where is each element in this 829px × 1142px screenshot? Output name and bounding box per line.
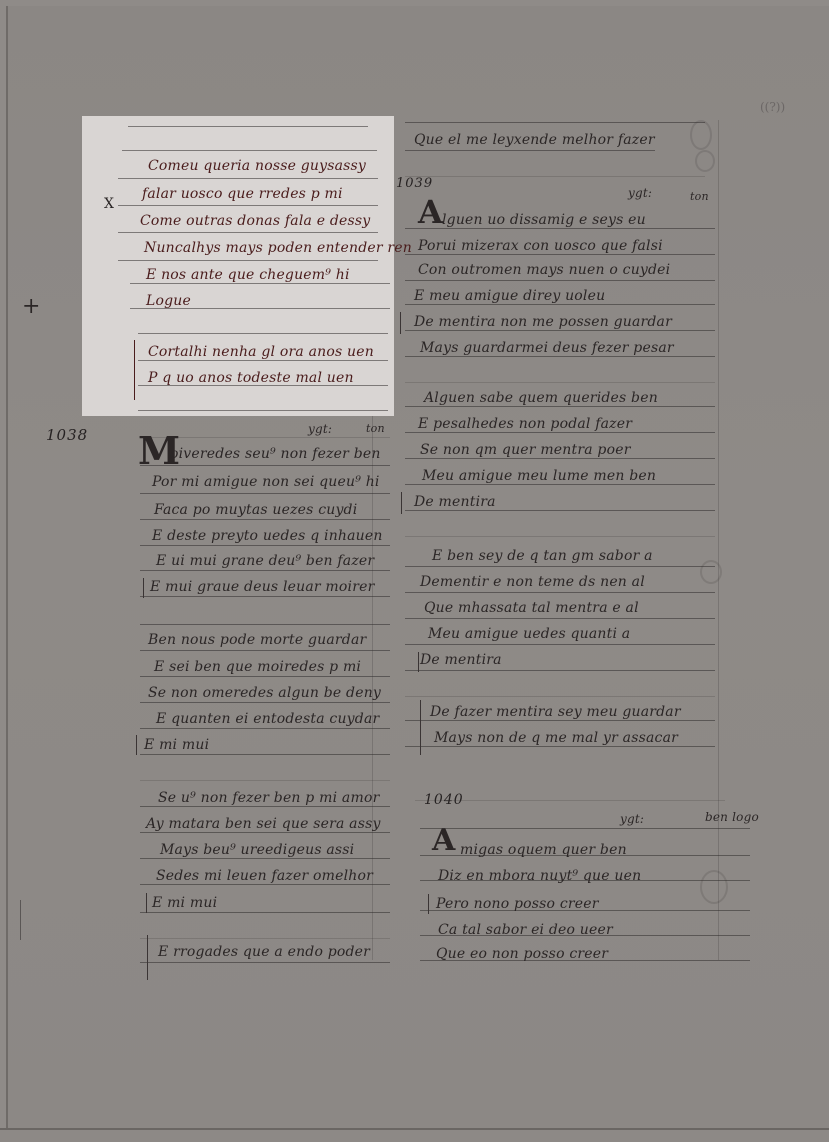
verse-line: E mi mui: [152, 895, 217, 911]
verse-line: Comeu queria nosse guysassy: [148, 158, 366, 174]
refrain-bracket: [147, 935, 148, 980]
verse-line: Ay matara ben sei que sera assy: [146, 816, 381, 832]
ruling-line: [140, 570, 390, 571]
verse-line: Faca po muytas uezes cuydi: [154, 502, 357, 518]
ruling-line: [140, 754, 390, 755]
poem-number-1039: 1039: [396, 176, 433, 191]
margin-stroke: [20, 900, 21, 940]
ruling-line: [405, 696, 715, 697]
verse-line: Que el me leyxende melhor fazer: [414, 132, 655, 148]
show-through-mark: [700, 870, 728, 904]
ruling-line: [140, 676, 390, 677]
show-through-mark: [695, 150, 715, 172]
ruling-line: [405, 510, 715, 511]
ruling-line: [405, 592, 715, 593]
ruling-line: [140, 912, 390, 913]
verse-line: E ben sey de q tan gm sabor a: [432, 548, 653, 564]
verse-line: P q uo anos todeste mal uen: [148, 370, 354, 386]
ruling-line: [405, 670, 715, 671]
verse-line: E sei ben que moiredes p mi: [154, 659, 361, 675]
page-bottom-edge: [0, 1128, 829, 1142]
refrain-bracket: [146, 893, 147, 913]
ruling-line: [140, 728, 390, 729]
verse-line: lguen uo dissamig e seys eu: [442, 212, 646, 228]
ruling-line: [140, 493, 390, 494]
ruling-line: [140, 884, 390, 885]
ruling-line: [118, 260, 378, 261]
verse-line: E mi mui: [144, 737, 209, 753]
verse-line: Dementir e non teme ds nen al: [420, 574, 645, 590]
ruling-line: [405, 432, 715, 433]
ruling-line: [405, 406, 715, 407]
refrain-bracket: [401, 492, 402, 514]
margin-note: ((?)): [760, 100, 785, 114]
ruling-line: [118, 205, 378, 206]
ruling-line: [140, 702, 390, 703]
ruling-line: [405, 356, 715, 357]
ruling-line: [405, 304, 715, 305]
ruling-line: [405, 618, 715, 619]
ruling-line: [140, 624, 390, 625]
ruling-line: [140, 858, 390, 859]
refrain-bracket: [143, 578, 144, 598]
decorated-initial: A: [418, 196, 443, 228]
ruling-line: [405, 150, 655, 151]
ruling-line: [405, 330, 715, 331]
ruling-line: [118, 178, 378, 179]
verse-line: Mays guardarmei deus fezer pesar: [420, 340, 674, 356]
ruling-line: [405, 746, 715, 747]
ruling-line: [405, 536, 715, 537]
rubric: ygt:: [620, 812, 644, 826]
verse-line: Que mhassata tal mentra e al: [424, 600, 639, 616]
rubric: ygt:: [628, 186, 652, 200]
verse-line: Se non qm quer mentra poer: [420, 442, 631, 458]
ruling-line: [405, 484, 715, 485]
verse-line: Meu amigue uedes quanti a: [428, 626, 630, 642]
verse-line: Se non omeredes algun be deny: [148, 685, 381, 701]
ruling-line: [140, 938, 390, 939]
ruling-line: [405, 644, 715, 645]
verse-line: E meu amigue direy uoleu: [414, 288, 605, 304]
ruling-line: [118, 232, 378, 233]
refrain-bracket: [418, 652, 419, 672]
verse-line: Logue: [146, 293, 191, 309]
ruling-line: [415, 800, 725, 801]
ruling-line: [405, 382, 715, 383]
verse-line: Ca tal sabor ei deo ueer: [438, 922, 613, 938]
refrain-bracket: [428, 894, 429, 914]
ruling-line: [405, 122, 705, 123]
rubric-right: ben logo: [705, 810, 759, 824]
ruling-line: [140, 519, 390, 520]
verse-line: E nos ante que cheguem⁹ hi: [146, 267, 350, 283]
cross-margin-mark: +: [22, 294, 40, 319]
refrain-bracket: [420, 700, 421, 755]
verse-line: falar uosco que rredes p mi: [142, 186, 343, 202]
show-through-mark: [690, 120, 712, 150]
ruling-line: [405, 720, 715, 721]
poem-number-1038: 1038: [46, 426, 88, 444]
ruling-line: [128, 126, 368, 127]
verse-line: Cortalhi nenha gl ora anos uen: [148, 344, 374, 360]
column-ruling: [718, 120, 719, 960]
verse-line: Pero nono posso creer: [436, 896, 599, 912]
verse-line: oiveredes seu⁹ non fezer ben: [170, 446, 381, 462]
verse-line: E deste preyto uedes q inhauen: [152, 528, 383, 544]
ruling-line: [405, 254, 715, 255]
verse-line: Ben nous pode morte guardar: [148, 632, 366, 648]
verse-line: E quanten ei entodesta cuydar: [156, 711, 379, 727]
ruling-line: [140, 832, 390, 833]
verse-line: migas oquem quer ben: [460, 842, 627, 858]
verse-line: Sedes mi leuen fazer omelhor: [156, 868, 373, 884]
ruling-line: [138, 333, 388, 334]
ruling-line: [122, 150, 377, 151]
ruling-line: [405, 458, 715, 459]
verse-line: E pesalhedes non podal fazer: [418, 416, 632, 432]
verse-line: Nuncalhys mays poden entender ren: [144, 240, 412, 256]
ruling-line: [140, 545, 390, 546]
verse-line: Mays non de q me mal yr assacar: [434, 730, 678, 746]
ruling-line: [138, 360, 388, 361]
rubric: ygt:: [308, 422, 332, 436]
ruling-line: [138, 410, 388, 411]
ruling-line: [405, 228, 715, 229]
verse-line: E ui mui grane deu⁹ ben fazer: [156, 553, 374, 569]
ruling-line: [130, 283, 390, 284]
verse-line: Alguen sabe quem querides ben: [424, 390, 658, 406]
verse-line: Con outromen mays nuen o cuydei: [418, 262, 670, 278]
decorated-initial: A: [432, 826, 455, 856]
ruling-line: [140, 806, 390, 807]
verse-line: Come outras donas fala e dessy: [140, 213, 370, 229]
ruling-line: [420, 828, 750, 829]
verse-line: Diz en mbora nuyt⁹ que uen: [438, 868, 641, 884]
verse-line: Mays beu⁹ ureedigeus assi: [160, 842, 354, 858]
verse-line: De mentira non me possen guardar: [414, 314, 672, 330]
ruling-line: [140, 650, 390, 651]
refrain-bracket: [400, 312, 401, 334]
verse-line: E rrogades que a endo poder: [158, 944, 370, 960]
refrain-bracket: [136, 735, 137, 755]
refrain-bracket: [134, 340, 135, 400]
verse-line: Se u⁹ non fezer ben p mi amor: [158, 790, 379, 806]
verse-line: Por mi amigue non sei queu⁹ hi: [152, 474, 380, 490]
x-margin-mark: X: [104, 196, 114, 212]
ruling-line: [140, 780, 390, 781]
ruling-line: [405, 280, 715, 281]
ruling-line: [405, 176, 705, 177]
ruling-line: [140, 962, 390, 963]
verse-line: Que eo non posso creer: [436, 946, 608, 962]
rubric-right: ton: [366, 422, 385, 435]
ruling-line: [405, 566, 715, 567]
verse-line: De fazer mentira sey meu guardar: [430, 704, 681, 720]
verse-line: E mui graue deus leuar moirer: [150, 579, 374, 595]
verse-line: Meu amigue meu lume men ben: [422, 468, 656, 484]
rubric-right: ton: [690, 190, 709, 203]
verse-line: De mentira: [414, 494, 496, 510]
verse-line: Porui mizerax con uosco que falsi: [418, 238, 663, 254]
ruling-line: [140, 596, 390, 597]
verse-line: De mentira: [420, 652, 502, 668]
